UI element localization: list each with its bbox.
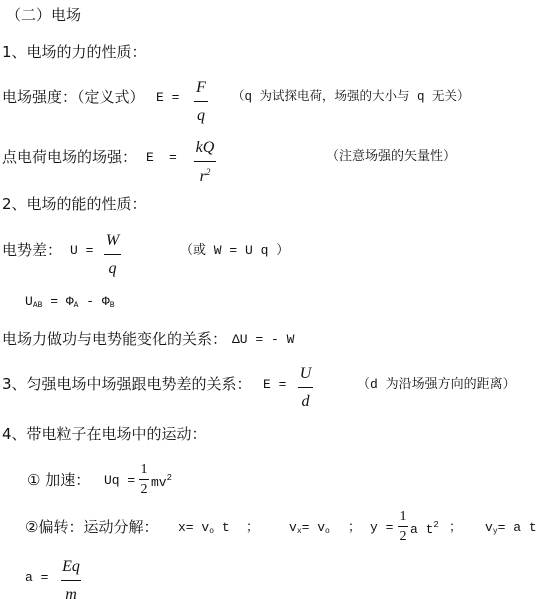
denominator: q	[109, 261, 117, 277]
work-relation-formula: ΔU = - W	[232, 333, 294, 346]
denominator: 2	[400, 530, 407, 544]
fraction-F-over-q: F q	[194, 80, 208, 124]
fraction-bar	[194, 101, 208, 102]
t: t	[222, 520, 230, 535]
fraction-one-half: 1 2	[138, 463, 150, 497]
uniform-field-note: （d 为沿场强方向的距离）	[357, 378, 516, 391]
denominator: r2	[200, 168, 211, 185]
x-formula: x= vo t	[178, 521, 230, 536]
deflection-label: ②偏转：运动分解：	[25, 520, 158, 535]
exponent: 2	[433, 520, 438, 530]
numerator: 1	[400, 510, 407, 524]
fraction-bar	[104, 254, 121, 255]
uniform-field-lhs: E =	[263, 378, 286, 391]
exponent: 2	[206, 167, 211, 177]
fraction-bar	[194, 161, 216, 162]
at: a t	[410, 522, 433, 537]
vy-eq: = a t	[498, 520, 537, 535]
v: v	[289, 520, 297, 535]
subscript-o: o	[209, 527, 214, 536]
heading-field-force: 1、电场的力的性质：	[2, 45, 147, 60]
separator: ；	[246, 521, 259, 534]
separator: ；	[348, 521, 361, 534]
denominator: d	[302, 394, 310, 410]
v: v	[485, 520, 493, 535]
fraction-W-over-q: W q	[104, 233, 121, 277]
fraction-bar	[61, 580, 81, 581]
x-eq: x= v	[178, 520, 209, 535]
numerator: kQ	[196, 140, 215, 156]
denominator: m	[65, 587, 77, 599]
fraction-bar	[298, 387, 313, 388]
vx-eq: = v	[302, 520, 325, 535]
denominator: 2	[141, 483, 148, 497]
vx-formula: vx= vo	[289, 521, 330, 536]
denominator: q	[197, 108, 205, 124]
fraction-Eq-over-m: Eq m	[61, 559, 81, 599]
potential-diff-label: 电势差：	[2, 243, 62, 258]
y-rhs: a t2	[410, 521, 439, 536]
numerator: 1	[141, 463, 148, 477]
potential-diff-lhs: U =	[70, 244, 93, 257]
phi-A: Φ	[66, 294, 74, 309]
acceleration-lhs: Uq =	[104, 474, 135, 487]
point-charge-equals: =	[169, 151, 177, 164]
acceleration-label: ① 加速：	[27, 473, 90, 488]
subscript-B: B	[110, 301, 115, 310]
y-lhs: y =	[370, 521, 393, 534]
fraction-U-over-d: U d	[298, 366, 313, 410]
section-title: （二）电场	[6, 8, 81, 23]
heading-particle-motion: 4、带电粒子在电场中的运动：	[2, 427, 207, 442]
heading-field-energy: 2、电场的能的性质：	[2, 197, 147, 212]
numerator: W	[106, 233, 119, 249]
vy-formula: vy= a t	[485, 521, 537, 536]
uab-formula: UAB = ΦA - ΦB	[25, 295, 115, 310]
equals: =	[50, 294, 58, 309]
point-charge-lhs: E	[146, 151, 154, 164]
field-strength-note: （q 为试探电荷，场强的大小与 q 无关）	[232, 91, 470, 104]
acceleration-rhs: mv2	[151, 474, 172, 489]
field-strength-label: 电场强度：（定义式）	[2, 90, 145, 105]
fraction-kQ-over-r2: kQ r2	[194, 140, 216, 185]
a-lhs: a =	[25, 571, 48, 584]
point-charge-note: （注意场强的矢量性）	[326, 150, 456, 163]
subscript-AB: AB	[33, 301, 43, 310]
U: U	[25, 294, 33, 309]
potential-diff-alt: （或 W = U q ）	[180, 244, 289, 257]
work-relation-label: 电场力做功与电势能变化的关系：	[2, 332, 227, 347]
numerator: Eq	[62, 559, 80, 575]
minus: -	[86, 294, 94, 309]
field-strength-lhs: E =	[156, 91, 179, 104]
phi-B: Φ	[102, 294, 110, 309]
fraction-bar	[139, 479, 149, 480]
numerator: U	[300, 366, 312, 382]
mv: mv	[151, 475, 167, 490]
subscript-A: A	[74, 301, 79, 310]
fraction-bar	[398, 526, 408, 527]
separator: ；	[449, 521, 462, 534]
heading-uniform-field: 3、匀强电场中场强跟电势差的关系：	[2, 377, 252, 392]
fraction-one-half-y: 1 2	[397, 510, 409, 544]
numerator: F	[196, 80, 206, 96]
subscript-o: o	[325, 527, 330, 536]
point-charge-label: 点电荷电场的场强：	[2, 150, 137, 165]
exponent: 2	[167, 473, 172, 483]
